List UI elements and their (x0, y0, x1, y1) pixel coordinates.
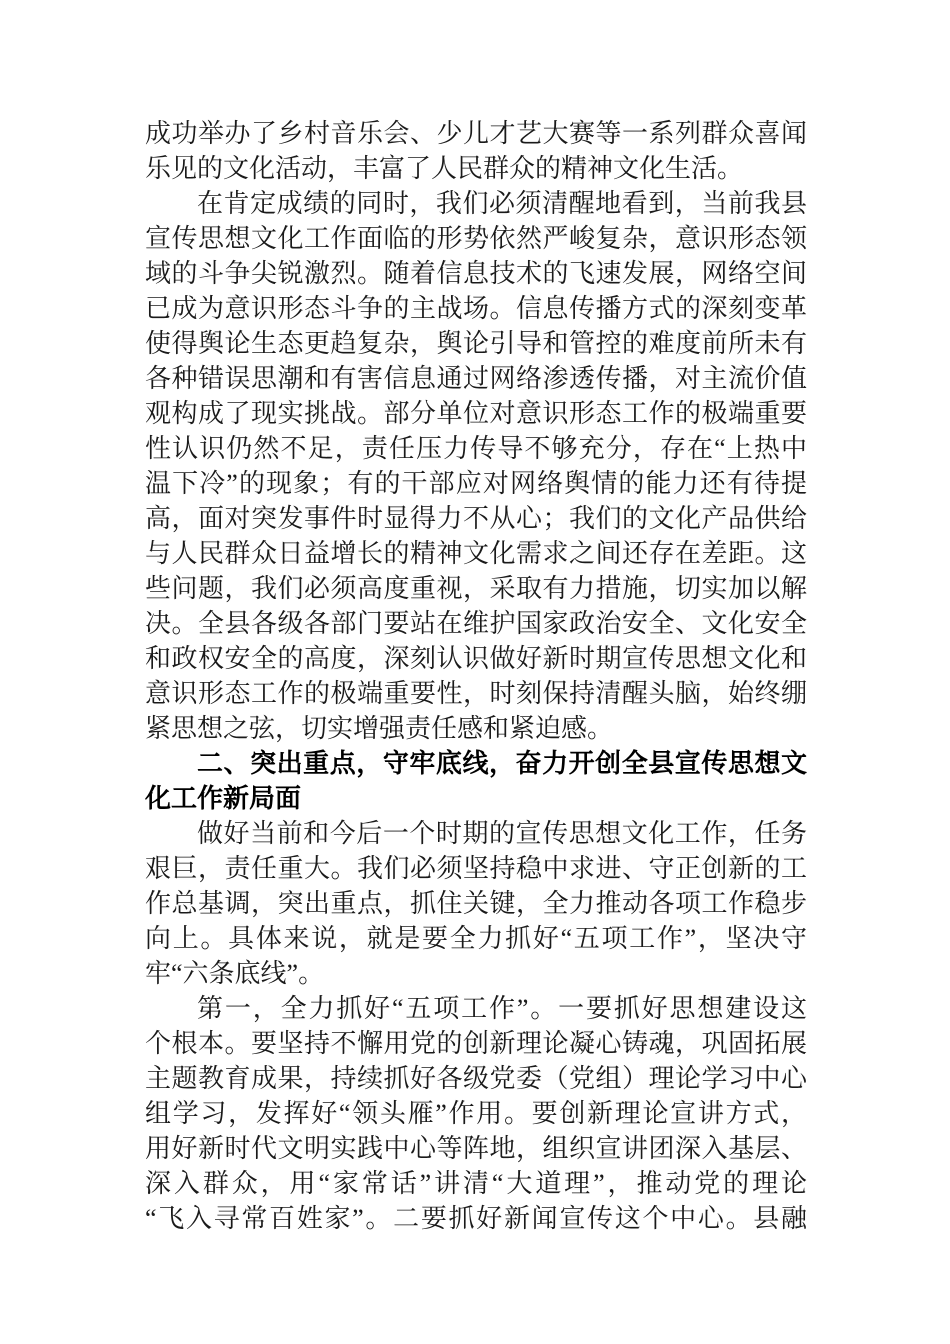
body-line: 第一，全力抓好“五项工作”。一要抓好思想建设这 (145, 991, 807, 1026)
body-line: 域的斗争尖锐激烈。随着信息技术的飞速发展，网络空间 (145, 256, 807, 291)
body-line: 高，面对突发事件时显得力不从心；我们的文化产品供给 (145, 501, 807, 536)
body-line: 使得舆论生态更趋复杂，舆论引导和管控的难度前所未有 (145, 326, 807, 361)
body-line: 和政权安全的高度，深刻认识做好新时期宣传思想文化和 (145, 641, 807, 676)
body-line: 宣传思想文化工作面临的形势依然严峻复杂，意识形态领 (145, 221, 807, 256)
section-heading-line: 化工作新局面 (145, 781, 807, 816)
body-line: 艰巨，责任重大。我们必须坚持稳中求进、守正创新的工 (145, 851, 807, 886)
body-line: 乐见的文化活动，丰富了人民群众的精神文化生活。 (145, 151, 807, 186)
document-page: 成功举办了乡村音乐会、少儿才艺大赛等一系列群众喜闻 乐见的文化活动，丰富了人民群… (0, 0, 950, 1344)
body-line: 紧思想之弦，切实增强责任感和紧迫感。 (145, 711, 807, 746)
body-line: 在肯定成绩的同时，我们必须清醒地看到，当前我县 (145, 186, 807, 221)
body-line: 与人民群众日益增长的精神文化需求之间还存在差距。这 (145, 536, 807, 571)
body-line: 用好新时代文明实践中心等阵地，组织宣讲团深入基层、 (145, 1131, 807, 1166)
body-line: 牢“六条底线”。 (145, 956, 807, 991)
body-line: 各种错误思潮和有害信息通过网络渗透传播，对主流价值 (145, 361, 807, 396)
body-line: 观构成了现实挑战。部分单位对意识形态工作的极端重要 (145, 396, 807, 431)
document-body: 成功举办了乡村音乐会、少儿才艺大赛等一系列群众喜闻 乐见的文化活动，丰富了人民群… (145, 116, 807, 1236)
body-line: 个根本。要坚持不懈用党的创新理论凝心铸魂，巩固拓展 (145, 1026, 807, 1061)
body-line: 意识形态工作的极端重要性，时刻保持清醒头脑，始终绷 (145, 676, 807, 711)
body-line: 成功举办了乡村音乐会、少儿才艺大赛等一系列群众喜闻 (145, 116, 807, 151)
body-line: 向上。具体来说，就是要全力抓好“五项工作”，坚决守 (145, 921, 807, 956)
body-line: 深入群众，用“家常话”讲清“大道理”，推动党的理论 (145, 1166, 807, 1201)
body-line: 些问题，我们必须高度重视，采取有力措施，切实加以解 (145, 571, 807, 606)
body-line: 作总基调，突出重点，抓住关键，全力推动各项工作稳步 (145, 886, 807, 921)
section-heading-line: 二、突出重点，守牢底线，奋力开创全县宣传思想文 (145, 746, 807, 781)
body-line: 决。全县各级各部门要站在维护国家政治安全、文化安全 (145, 606, 807, 641)
body-line: 主题教育成果，持续抓好各级党委（党组）理论学习中心 (145, 1061, 807, 1096)
body-line: 性认识仍然不足，责任压力传导不够充分，存在“上热中 (145, 431, 807, 466)
body-line: 温下冷”的现象；有的干部应对网络舆情的能力还有待提 (145, 466, 807, 501)
body-line: 组学习，发挥好“领头雁”作用。要创新理论宣讲方式， (145, 1096, 807, 1131)
body-line: “飞入寻常百姓家”。二要抓好新闻宣传这个中心。县融 (145, 1201, 807, 1236)
body-line: 已成为意识形态斗争的主战场。信息传播方式的深刻变革 (145, 291, 807, 326)
body-line: 做好当前和今后一个时期的宣传思想文化工作，任务 (145, 816, 807, 851)
